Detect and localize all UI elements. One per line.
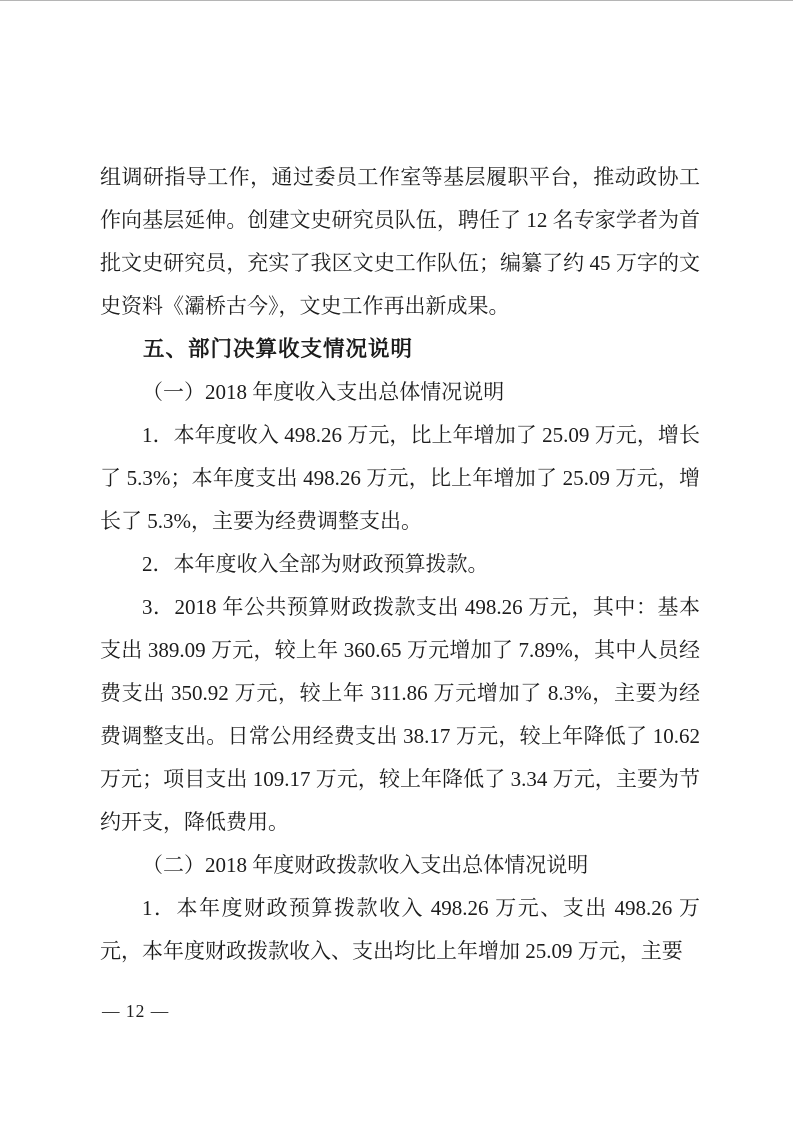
subsection-heading-1: （一）2018 年度收入支出总体情况说明 bbox=[100, 371, 700, 414]
paragraph-3: 3．2018 年公共预算财政拨款支出 498.26 万元，其中：基本支出 389… bbox=[100, 586, 700, 844]
document-body: 组调研指导工作，通过委员工作室等基层履职平台，推动政协工作向基层延伸。创建文史研… bbox=[100, 156, 700, 973]
page-number: — 12 — bbox=[102, 1001, 169, 1022]
paragraph-2: 2．本年度收入全部为财政预算拨款。 bbox=[100, 543, 700, 586]
paragraph-1: 1．本年度收入 498.26 万元，比上年增加了 25.09 万元，增长了 5.… bbox=[100, 414, 700, 543]
paragraph-4: 1．本年度财政预算拨款收入 498.26 万元、支出 498.26 万元，本年度… bbox=[100, 887, 700, 973]
document-page: 组调研指导工作，通过委员工作室等基层履职平台，推动政协工作向基层延伸。创建文史研… bbox=[0, 0, 793, 1122]
section-heading: 五、部门决算收支情况说明 bbox=[100, 328, 700, 371]
subsection-heading-2: （二）2018 年度财政拨款收入支出总体情况说明 bbox=[100, 844, 700, 887]
paragraph-continuation: 组调研指导工作，通过委员工作室等基层履职平台，推动政协工作向基层延伸。创建文史研… bbox=[100, 156, 700, 328]
